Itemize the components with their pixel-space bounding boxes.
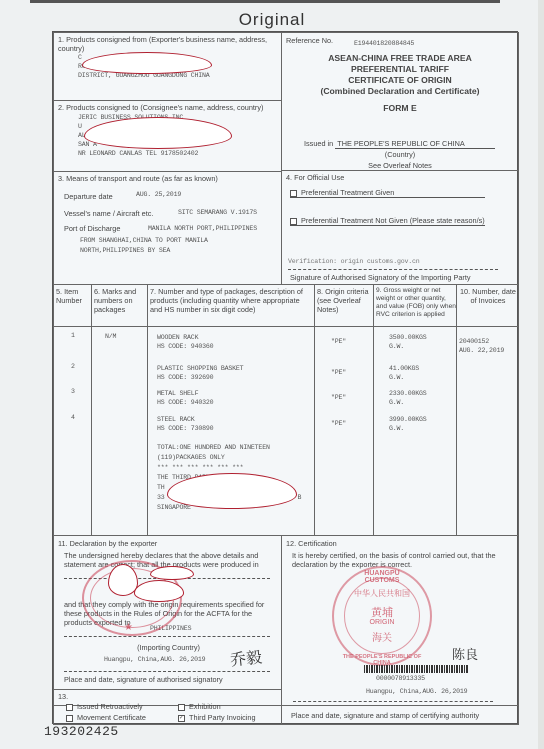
preferential-given-label: Preferential Treatment Given bbox=[301, 188, 394, 197]
verification-text: Verification: origin customs.gov.cn bbox=[288, 257, 420, 267]
redaction-heart bbox=[84, 117, 232, 149]
exporter-signature-label: Place and date, signature of authorised … bbox=[64, 675, 223, 684]
barcode-number: 0000078913335 bbox=[376, 674, 425, 684]
port-value: MANILA NORTH PORT,PHILIPPINES bbox=[148, 224, 257, 234]
weight-unit: G.W. bbox=[389, 424, 404, 434]
stamp-cn-text: 中华人民共和国 bbox=[352, 588, 412, 599]
box-exporter: 1. Products consigned from (Exporter's b… bbox=[53, 32, 282, 101]
weight-unit: G.W. bbox=[389, 398, 404, 408]
stamp-origin-text: ORIGIN bbox=[352, 619, 412, 626]
item-number: 4 bbox=[71, 413, 75, 423]
option-issued-retroactively[interactable]: Issued Retroactively bbox=[66, 702, 143, 711]
scan-edge bbox=[30, 0, 500, 3]
option-label: Issued Retroactively bbox=[77, 702, 143, 711]
redaction-heart bbox=[82, 52, 212, 74]
box-header: Reference No. E194401820884845 ASEAN-CHI… bbox=[281, 32, 519, 171]
box-13: 13. Issued Retroactively Exhibition Move… bbox=[53, 689, 282, 725]
header-line-4: (Combined Declaration and Certificate) bbox=[282, 86, 518, 97]
checkbox-icon[interactable] bbox=[290, 190, 297, 197]
declaration-label: 11. Declaration by the exporter bbox=[58, 539, 157, 548]
signature-line bbox=[288, 269, 498, 270]
box-certification: 12. Certification It is hereby certified… bbox=[281, 535, 519, 706]
box-exporter-declaration: 11. Declaration by the exporter The unde… bbox=[53, 535, 282, 706]
consignee-label: 2. Products consigned to (Consignee's na… bbox=[58, 103, 263, 112]
box-official-use: 4. For Official Use Preferential Treatme… bbox=[281, 170, 519, 285]
exporter-signature-line bbox=[64, 671, 270, 672]
checkbox-icon[interactable] bbox=[178, 704, 185, 711]
option-exhibition[interactable]: Exhibition bbox=[178, 702, 221, 711]
hs-code: HS CODE: 730890 bbox=[157, 424, 213, 434]
form-e-label: FORM E bbox=[282, 103, 518, 114]
marks-value: N/M bbox=[105, 332, 116, 342]
transport-label: 3. Means of transport and route (as far … bbox=[58, 174, 218, 183]
origin-criterion: "PE" bbox=[331, 337, 346, 347]
header-line-1: ASEAN-CHINA FREE TRADE AREA bbox=[282, 53, 518, 64]
box-consignee: 2. Products consigned to (Consignee's na… bbox=[53, 100, 282, 172]
departure-value: AUG. 25,2019 bbox=[136, 190, 181, 200]
col-invoice bbox=[456, 284, 519, 536]
header-divider bbox=[53, 326, 519, 327]
invoice-date: AUG. 22,2019 bbox=[459, 346, 504, 356]
reference-label: Reference No. bbox=[286, 36, 333, 45]
item-number: 3 bbox=[71, 387, 75, 397]
exporter-place-date: Huangpu, China,AUG. 26,2019 bbox=[104, 655, 205, 665]
document-title: Original bbox=[0, 10, 544, 30]
header-desc: 7. Number and type of packages, descript… bbox=[150, 287, 312, 314]
item-number: 1 bbox=[71, 331, 75, 341]
preferential-given-option[interactable]: Preferential Treatment Given bbox=[290, 188, 485, 198]
barcode bbox=[364, 665, 468, 673]
importing-country-line bbox=[64, 636, 270, 637]
document-id: 193202425 bbox=[44, 724, 119, 739]
hs-code: HS CODE: 940360 bbox=[157, 342, 213, 352]
third-party-line-3: 33 bbox=[157, 493, 165, 503]
box-13-label: 13. bbox=[58, 692, 68, 701]
option-label: Movement Certificate bbox=[77, 713, 146, 722]
option-label: Third Party Invoicing bbox=[189, 713, 256, 722]
stamp-top-text: HUANGPU CUSTOMS bbox=[348, 570, 416, 584]
item-number: 2 bbox=[71, 362, 75, 372]
third-party-line-2: TH bbox=[157, 483, 165, 493]
checkbox-icon[interactable] bbox=[290, 218, 297, 225]
redaction-heart bbox=[167, 473, 297, 509]
scan-edge-right bbox=[538, 0, 544, 749]
importer-signature-label: Signature of Authorised Signatory of the… bbox=[290, 273, 471, 282]
hs-code: HS CODE: 392690 bbox=[157, 373, 213, 383]
col-origin bbox=[314, 284, 374, 536]
reference-number: E194401820884845 bbox=[354, 39, 414, 49]
option-movement-certificate[interactable]: Movement Certificate bbox=[66, 713, 146, 722]
vessel-label: Vessel's name / Aircraft etc. bbox=[64, 209, 153, 218]
certification-place-date: Huangpu, China,AUG. 26,2019 bbox=[366, 687, 467, 697]
header-item: 5. Item Number bbox=[56, 287, 90, 305]
option-label: Exhibition bbox=[189, 702, 221, 711]
checked-checkbox-icon[interactable]: ✓ bbox=[178, 715, 185, 722]
issued-in-country: THE PEOPLE'S REPUBLIC OF CHINA bbox=[335, 139, 495, 149]
exporter-label: 1. Products consigned from (Exporter's b… bbox=[58, 35, 280, 53]
certification-signature-label: Place and date, signature and stamp of c… bbox=[291, 711, 479, 720]
route-line-2: NORTH,PHILIPPINES BY SEA bbox=[80, 246, 170, 256]
header-invoice: 10. Number, date of Invoices bbox=[459, 287, 517, 305]
certification-text: It is hereby certified, on the basis of … bbox=[292, 551, 514, 569]
weight-unit: G.W. bbox=[389, 342, 404, 352]
origin-criterion: "PE" bbox=[331, 419, 346, 429]
total-line-2: (119)PACKAGES ONLY bbox=[157, 453, 225, 463]
route-line-1: FROM SHANGHAI,CHINA TO PORT MANILA bbox=[80, 236, 208, 246]
checkbox-icon[interactable] bbox=[66, 715, 73, 722]
departure-label: Departure date bbox=[64, 192, 113, 201]
box-transport: 3. Means of transport and route (as far … bbox=[53, 171, 282, 285]
stamp-star-icon: ★ bbox=[124, 622, 133, 633]
officer-signature: 陈良 bbox=[452, 644, 478, 663]
preferential-not-given-label: Preferential Treatment Not Given (Please… bbox=[301, 216, 485, 225]
checkbox-icon[interactable] bbox=[66, 704, 73, 711]
header-line-3: CERTIFICATE OF ORIGIN bbox=[282, 75, 518, 86]
header-marks: 6. Marks and numbers on packages bbox=[94, 287, 146, 314]
stamp-bottom-cn: 海关 bbox=[352, 629, 412, 644]
header-line-2: PREFERENTIAL TARIFF bbox=[282, 64, 518, 75]
overleaf-notes: See Overleaf Notes bbox=[282, 161, 518, 170]
vessel-value: SITC SEMARANG V.1917S bbox=[178, 208, 257, 218]
redaction-heart bbox=[150, 566, 194, 580]
exporter-signature: 乔毅 bbox=[229, 644, 263, 670]
redaction-heart bbox=[134, 580, 184, 602]
port-label: Port of Discharge bbox=[64, 224, 120, 233]
option-third-party-invoicing[interactable]: ✓Third Party Invoicing bbox=[178, 713, 256, 722]
header-origin: 8. Origin criteria (see Overleaf Notes) bbox=[317, 287, 372, 314]
col-marks bbox=[91, 284, 148, 536]
total-line-1: TOTAL:ONE HUNDRED AND NINETEEN bbox=[157, 443, 270, 453]
header-weight: 9. Gross weight or net weight or other q… bbox=[376, 287, 456, 319]
certificate-form: 1. Products consigned from (Exporter's b… bbox=[52, 31, 518, 724]
issued-in-label: Issued in bbox=[304, 139, 333, 148]
origin-criterion: "PE" bbox=[331, 393, 346, 403]
stars-line: *** *** *** *** *** *** bbox=[157, 463, 243, 473]
issued-in-row: Issued in THE PEOPLE'S REPUBLIC OF CHINA bbox=[304, 139, 495, 149]
certification-signature-line bbox=[293, 701, 493, 702]
stamp-mid-text: 黄埔 bbox=[352, 604, 412, 620]
col-weight bbox=[373, 284, 457, 536]
hs-code: HS CODE: 940320 bbox=[157, 398, 213, 408]
certification-label: 12. Certification bbox=[286, 539, 337, 548]
consignee-line-5: NR LEONARD CANLAS TEL 9178502402 bbox=[78, 149, 198, 159]
preferential-not-given-option[interactable]: Preferential Treatment Not Given (Please… bbox=[290, 216, 485, 226]
country-caption: (Country) bbox=[282, 150, 518, 159]
col-item bbox=[53, 284, 92, 536]
origin-criterion: "PE" bbox=[331, 368, 346, 378]
official-use-label: 4. For Official Use bbox=[286, 173, 344, 182]
weight-unit: G.W. bbox=[389, 373, 404, 383]
